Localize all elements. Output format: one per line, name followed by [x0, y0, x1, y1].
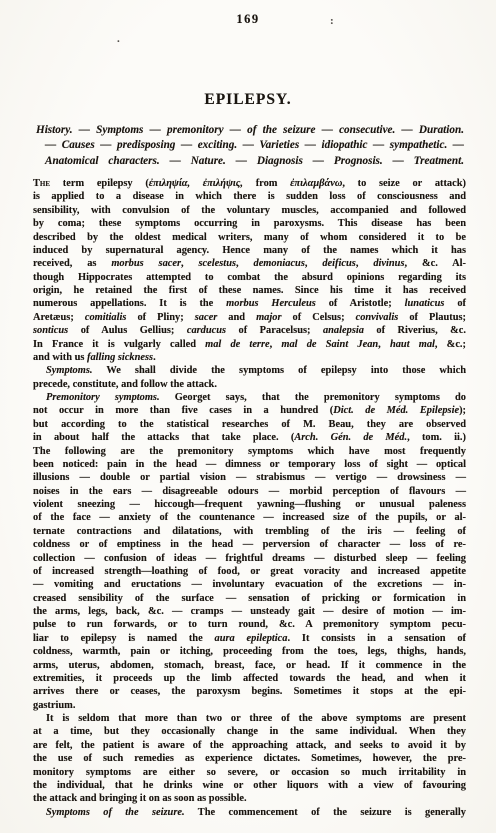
text-line: at a time, but they occasionally change …	[33, 725, 466, 738]
argument-line: Anatomical characters. — Nature. — Diagn…	[36, 154, 464, 169]
text-line: Symptoms of the seizure. The commencemen…	[33, 806, 466, 819]
text-line: ternate contractions and dilatations, wi…	[33, 525, 466, 538]
text-line: extremities, it proceeds up the limb aff…	[33, 672, 466, 685]
text-line: Aretæus; comitialis of Pliny; sacer and …	[33, 311, 466, 324]
text-line: arms, uterus, abdomen, stomach, breast, …	[33, 659, 466, 672]
print-artifact-dot: .	[117, 33, 120, 45]
body-paragraph: Premonitory symptoms. Georget says, that…	[33, 391, 466, 712]
body-paragraph: The term epilepsy (ἐπιληψία, ἐπιλήψις, f…	[33, 177, 466, 364]
text-line: gastrium.	[33, 699, 466, 712]
page-number: 169	[0, 12, 496, 27]
text-line: of increased strength—loathing of food, …	[33, 565, 466, 578]
text-line: The term epilepsy (ἐπιληψία, ἐπιλήψις, f…	[33, 177, 466, 190]
text-line: noises in the ears — disagreeable odours…	[33, 485, 466, 498]
text-line: Premonitory symptoms. Georget says, that…	[33, 391, 466, 404]
text-line: in about half the attacks that take plac…	[33, 431, 466, 444]
body-paragraph: It is seldom that more than two or three…	[33, 712, 466, 806]
text-line: coldness or of emptiness in the head — p…	[33, 538, 466, 551]
text-line: liar to epilepsy is named the aura epile…	[33, 632, 466, 645]
text-line: been noticed: pain in the head — dimness…	[33, 458, 466, 471]
text-line: arrives there or ceases, the paroxysm be…	[33, 685, 466, 698]
page-body: The term epilepsy (ἐπιληψία, ἐπιλήψις, f…	[33, 177, 466, 819]
text-line: coldness, warmth, pain or itching, proce…	[33, 645, 466, 658]
body-paragraph: Symptoms. We shall divide the symptoms o…	[33, 364, 466, 391]
text-line: collection — confusion of ideas — fright…	[33, 552, 466, 565]
text-line: by coma; these symptoms occurring in par…	[33, 217, 466, 230]
text-line: origin, he retained the first of these n…	[33, 284, 466, 297]
text-line: but according to the statistical researc…	[33, 418, 466, 431]
text-line: numerous appellations. It is the morbus …	[33, 297, 466, 310]
text-line: precede, constitute, and follow the atta…	[33, 378, 466, 391]
print-artifact-colon: :	[330, 15, 334, 27]
text-line: — vomiting and eructations — involuntary…	[33, 578, 466, 591]
text-line: sensibility, with convulsion of the volu…	[33, 204, 466, 217]
chapter-title: EPILEPSY.	[0, 91, 496, 109]
text-line: induced by supernatural agency. Hence ma…	[33, 244, 466, 257]
text-line: The following are the premonitory sympto…	[33, 445, 466, 458]
text-line: Symptoms. We shall divide the symptoms o…	[33, 364, 466, 377]
text-line: the arms, legs, back, &c. — cramps — uns…	[33, 605, 466, 618]
text-line: In France it is vulgarly called mal de t…	[33, 338, 466, 351]
text-line: monitory symptoms are either so severe, …	[33, 766, 466, 779]
text-line: not occur in more than five cases in a h…	[33, 404, 466, 417]
text-line: the use of such remedies as experience d…	[33, 752, 466, 765]
text-line: are felt, the patient is aware of the ap…	[33, 739, 466, 752]
text-line: is applied to a disease in which there i…	[33, 190, 466, 203]
text-line: illusions — double or partial vision — s…	[33, 471, 466, 484]
text-line: of the face — anxiety of the countenance…	[33, 511, 466, 524]
text-line: pulse to run forwards, or to turn round,…	[33, 618, 466, 631]
body-paragraph: Symptoms of the seizure. The commencemen…	[33, 806, 466, 819]
text-line: creased sensibility of the surface — sen…	[33, 592, 466, 605]
chapter-argument: History. — Symptoms — premonitory — of t…	[36, 123, 464, 169]
text-line: received, as morbus sacer, scelestus, de…	[33, 257, 466, 270]
argument-line: History. — Symptoms — premonitory — of t…	[36, 123, 464, 138]
text-line: though Hippocrates attempted to combat t…	[33, 271, 466, 284]
text-line: It is seldom that more than two or three…	[33, 712, 466, 725]
text-line: sonticus of Aulus Gellius; carducus of P…	[33, 324, 466, 337]
text-line: the individual, that he drinks wine or o…	[33, 779, 466, 792]
text-line: the attack and bringing it on as soon as…	[33, 792, 466, 805]
text-line: described by the oldest medical writers,…	[33, 231, 466, 244]
argument-line: — Causes — predisposing — exciting. — Va…	[36, 138, 464, 153]
text-line: violent sneezing — hiccough—frequent yaw…	[33, 498, 466, 511]
scanned-book-page: 169 : . EPILEPSY. History. — Symptoms — …	[0, 0, 496, 833]
text-line: and with us falling sickness.	[33, 351, 466, 364]
